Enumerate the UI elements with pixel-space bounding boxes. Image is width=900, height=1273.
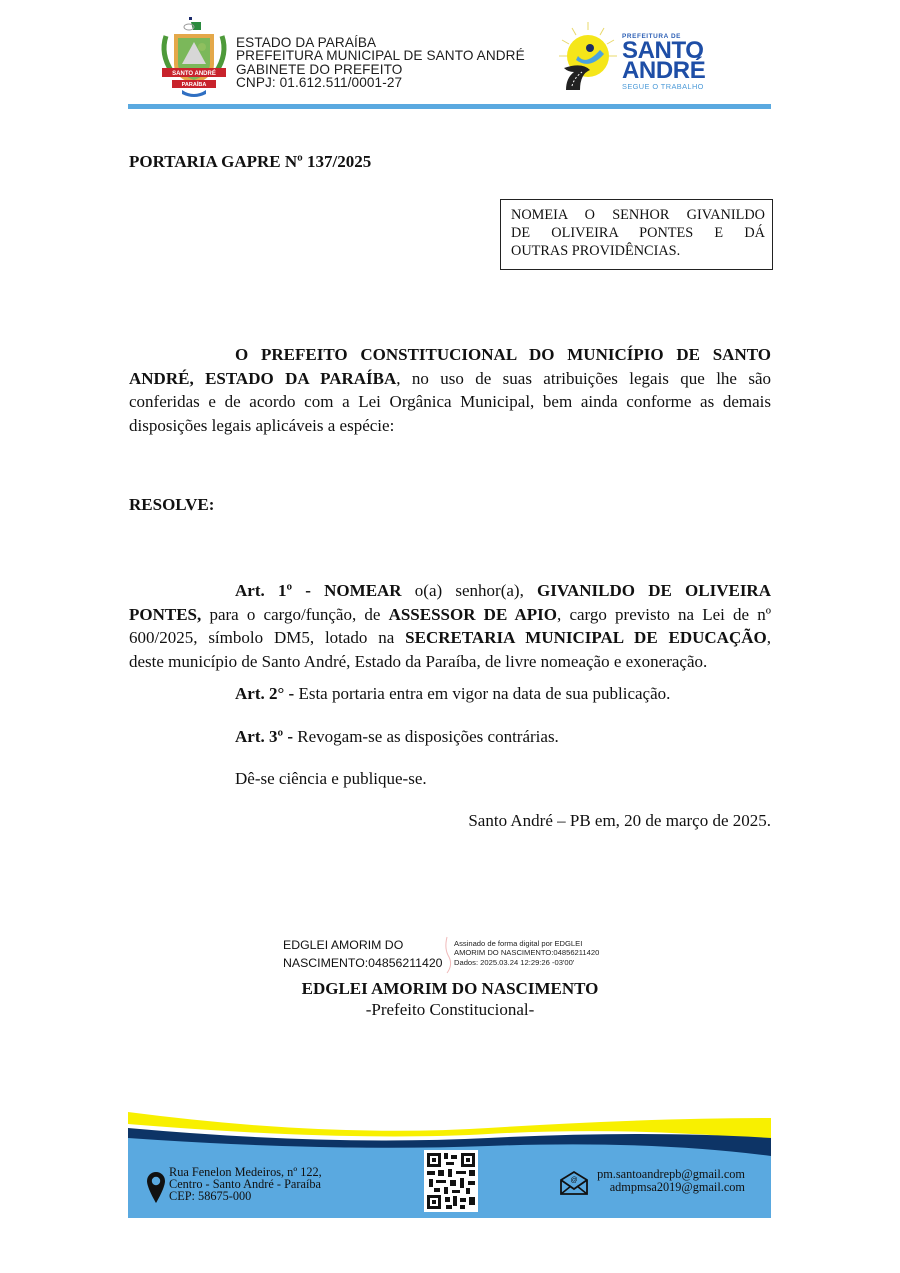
svg-text:PARAÍBA: PARAÍBA (182, 80, 207, 88)
ementa-line: OUTRAS PROVIDÊNCIAS. (511, 242, 765, 260)
map-pin-icon (146, 1171, 166, 1204)
digital-signature-name: EDGLEI AMORIM DO NASCIMENTO:04856211420 (283, 937, 443, 972)
footer-address: Rua Fenelon Medeiros, nº 122, Centro - S… (169, 1166, 322, 1203)
ementa-line: DE OLIVEIRA PONTES E DÁ (511, 224, 765, 242)
article-1: Art. 1º - NOMEAR o(a) senhor(a), GIVANIL… (129, 579, 771, 674)
document-title: PORTARIA GAPRE Nº 137/2025 (129, 152, 371, 172)
email-link[interactable]: pm.santoandrepb@gmail.com (595, 1168, 745, 1181)
letterhead: SANTO ANDRÉ PARAÍBA ESTADO DA PARAÍBA PR… (128, 12, 771, 110)
institution-block: ESTADO DA PARAÍBA PREFEITURA MUNICIPAL D… (236, 36, 525, 90)
cnpj: CNPJ: 01.612.511/0001-27 (236, 76, 525, 89)
signature-stroke-icon (441, 935, 455, 975)
svg-text:SANTO ANDRÉ: SANTO ANDRÉ (172, 69, 216, 77)
brand-wordmark: PREFEITURA DE SANTO ANDRÉ SEGUE O TRABAL… (622, 33, 705, 91)
letterhead-footer: Rua Fenelon Medeiros, nº 122, Centro - S… (128, 1108, 771, 1218)
coat-of-arms-icon: SANTO ANDRÉ PARAÍBA (156, 14, 232, 98)
footer-emails: pm.santoandrepb@gmail.com admpmsa2019@gm… (595, 1168, 745, 1193)
digital-signature-details: Assinado de forma digital por EDGLEI AMO… (454, 939, 599, 967)
article-3: Art. 3º - Revogam-se as disposições cont… (235, 727, 559, 747)
article-2: Art. 2° - Esta portaria entra em vigor n… (235, 684, 670, 704)
state-name: ESTADO DA PARAÍBA (236, 36, 525, 49)
svg-text:@: @ (570, 1177, 577, 1184)
closing-formula: Dê-se ciência e publique-se. (235, 769, 427, 789)
envelope-icon: @ (559, 1170, 589, 1196)
signer-name: EDGLEI AMORIM DO NASCIMENTO (0, 979, 900, 999)
qr-code-icon (424, 1150, 478, 1212)
place-and-date: Santo André – PB em, 20 de março de 2025… (468, 811, 771, 831)
signer-role: -Prefeito Constitucional- (0, 1000, 900, 1020)
sun-road-logo-icon (558, 20, 618, 92)
ementa-box: NOMEIA O SENHOR GIVANILDO DE OLIVEIRA PO… (500, 199, 773, 270)
office-name: GABINETE DO PREFEITO (236, 63, 525, 76)
preamble-paragraph: O PREFEITO CONSTITUCIONAL DO MUNICÍPIO D… (129, 343, 771, 438)
resolve-heading: RESOLVE: (129, 495, 214, 515)
header-divider (128, 104, 771, 109)
ementa-line: NOMEIA O SENHOR GIVANILDO (511, 206, 765, 224)
email-link[interactable]: admpmsa2019@gmail.com (595, 1181, 745, 1194)
city-hall-name: PREFEITURA MUNICIPAL DE SANTO ANDRÉ (236, 49, 525, 62)
